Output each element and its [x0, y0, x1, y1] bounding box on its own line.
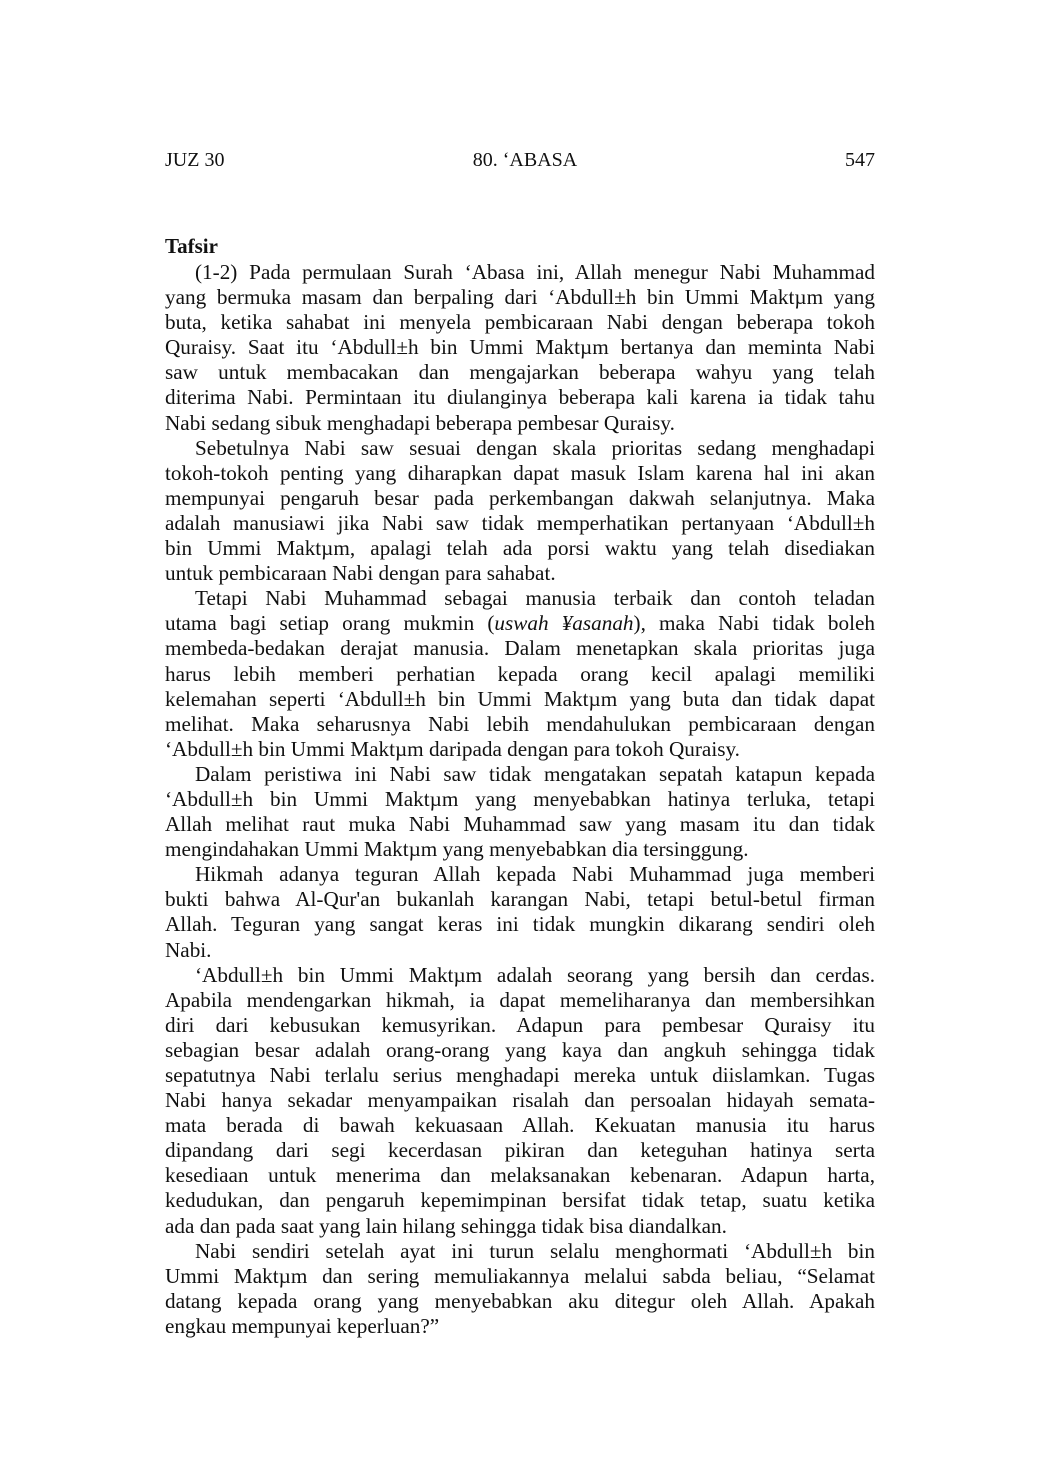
text-line: buta, ketika sahabat ini menyela pembica… — [165, 310, 875, 335]
text-line: Ummi Maktµm dan sering memuliakannya mel… — [165, 1264, 875, 1289]
text-line: untuk pembicaraan Nabi dengan para sahab… — [165, 561, 875, 586]
section-title: Tafsir — [165, 234, 218, 259]
page-number: 547 — [845, 146, 875, 174]
running-header: JUZ 30 80. ‘ABASA 547 — [165, 146, 875, 174]
text-line: dipandang dari segi kecerdasan pikiran d… — [165, 1138, 875, 1163]
text-line: ‘Abdull±h bin Ummi Maktµm yang menyebabk… — [165, 787, 875, 812]
tafsir-body: (1-2) Pada permulaan Surah ‘Abasa ini, A… — [165, 260, 875, 1339]
text-line: Hikmah adanya teguran Allah kepada Nabi … — [165, 862, 875, 887]
text-line: tokoh-tokoh penting yang diharapkan dapa… — [165, 461, 875, 486]
paragraph: Hikmah adanya teguran Allah kepada Nabi … — [165, 862, 875, 962]
italic-term: uswah ¥asanah — [494, 611, 633, 635]
text-line: melihat. Maka seharusnya Nabi lebih mend… — [165, 712, 875, 737]
text-line: mengindahakan Ummi Maktµm yang menyebabk… — [165, 837, 875, 862]
text-line: sebagian besar adalah orang-orang yang k… — [165, 1038, 875, 1063]
text-line: Quraisy. Saat itu ‘Abdull±h bin Ummi Mak… — [165, 335, 875, 360]
text-line: mata berada di bawah kekuasaan Allah. Ke… — [165, 1113, 875, 1138]
text-line: Allah. Teguran yang sangat keras ini tid… — [165, 912, 875, 937]
text-line: Apabila mendengarkan hikmah, ia dapat me… — [165, 988, 875, 1013]
text-line: ‘Abdull±h bin Ummi Maktµm adalah seorang… — [165, 963, 875, 988]
paragraph: Sebetulnya Nabi saw sesuai dengan skala … — [165, 436, 875, 587]
text-line: diterima Nabi. Permintaan itu diulanginy… — [165, 385, 875, 410]
text-line: Allah melihat raut muka Nabi Muhammad sa… — [165, 812, 875, 837]
text-line: ada dan pada saat yang lain hilang sehin… — [165, 1214, 875, 1239]
text-line: (1-2) Pada permulaan Surah ‘Abasa ini, A… — [165, 260, 875, 285]
paragraph: Dalam peristiwa ini Nabi saw tidak menga… — [165, 762, 875, 862]
text-line: Nabi. — [165, 938, 875, 963]
text-line: kesediaan untuk menerima dan melaksanaka… — [165, 1163, 875, 1188]
paragraph: Nabi sendiri setelah ayat ini turun sela… — [165, 1239, 875, 1339]
text-line: Dalam peristiwa ini Nabi saw tidak menga… — [165, 762, 875, 787]
text-line: diri dari kebusukan kemusyrikan. Adapun … — [165, 1013, 875, 1038]
text-line: datang kepada orang yang menyebabkan aku… — [165, 1289, 875, 1314]
text-line: mempunyai pengaruh besar pada perkembang… — [165, 486, 875, 511]
paragraph: ‘Abdull±h bin Ummi Maktµm adalah seorang… — [165, 963, 875, 1239]
text-line: engkau mempunyai keperluan?” — [165, 1314, 875, 1339]
text-line: utama bagi setiap orang mukmin (uswah ¥a… — [165, 611, 875, 636]
text-line: sepatutnya Nabi terlalu serius menghadap… — [165, 1063, 875, 1088]
text-line: Nabi sendiri setelah ayat ini turun sela… — [165, 1239, 875, 1264]
text-line: ‘Abdull±h bin Ummi Maktµm daripada denga… — [165, 737, 875, 762]
text-line: kelemahan seperti ‘Abdull±h bin Ummi Mak… — [165, 687, 875, 712]
text-line: kedudukan, dan pengaruh kepemimpinan ber… — [165, 1188, 875, 1213]
text-line: adalah manusiawi jika Nabi saw tidak mem… — [165, 511, 875, 536]
text-line: harus lebih memberi perhatian kepada ora… — [165, 662, 875, 687]
text-line: saw untuk membacakan dan mengajarkan beb… — [165, 360, 875, 385]
text-line: Nabi hanya sekadar menyampaikan risalah … — [165, 1088, 875, 1113]
text-line: membeda-bedakan derajat manusia. Dalam m… — [165, 636, 875, 661]
surah-title: 80. ‘ABASA — [165, 146, 875, 174]
text-line: yang bermuka masam dan berpaling dari ‘A… — [165, 285, 875, 310]
text-line: Tetapi Nabi Muhammad sebagai manusia ter… — [165, 586, 875, 611]
text-line: bin Ummi Maktµm, apalagi telah ada porsi… — [165, 536, 875, 561]
text-line: Sebetulnya Nabi saw sesuai dengan skala … — [165, 436, 875, 461]
paragraph: (1-2) Pada permulaan Surah ‘Abasa ini, A… — [165, 260, 875, 436]
text-line: Nabi sedang sibuk menghadapi beberapa pe… — [165, 411, 875, 436]
text-line: bukti bahwa Al-Qur'an bukanlah karangan … — [165, 887, 875, 912]
paragraph: Tetapi Nabi Muhammad sebagai manusia ter… — [165, 586, 875, 762]
